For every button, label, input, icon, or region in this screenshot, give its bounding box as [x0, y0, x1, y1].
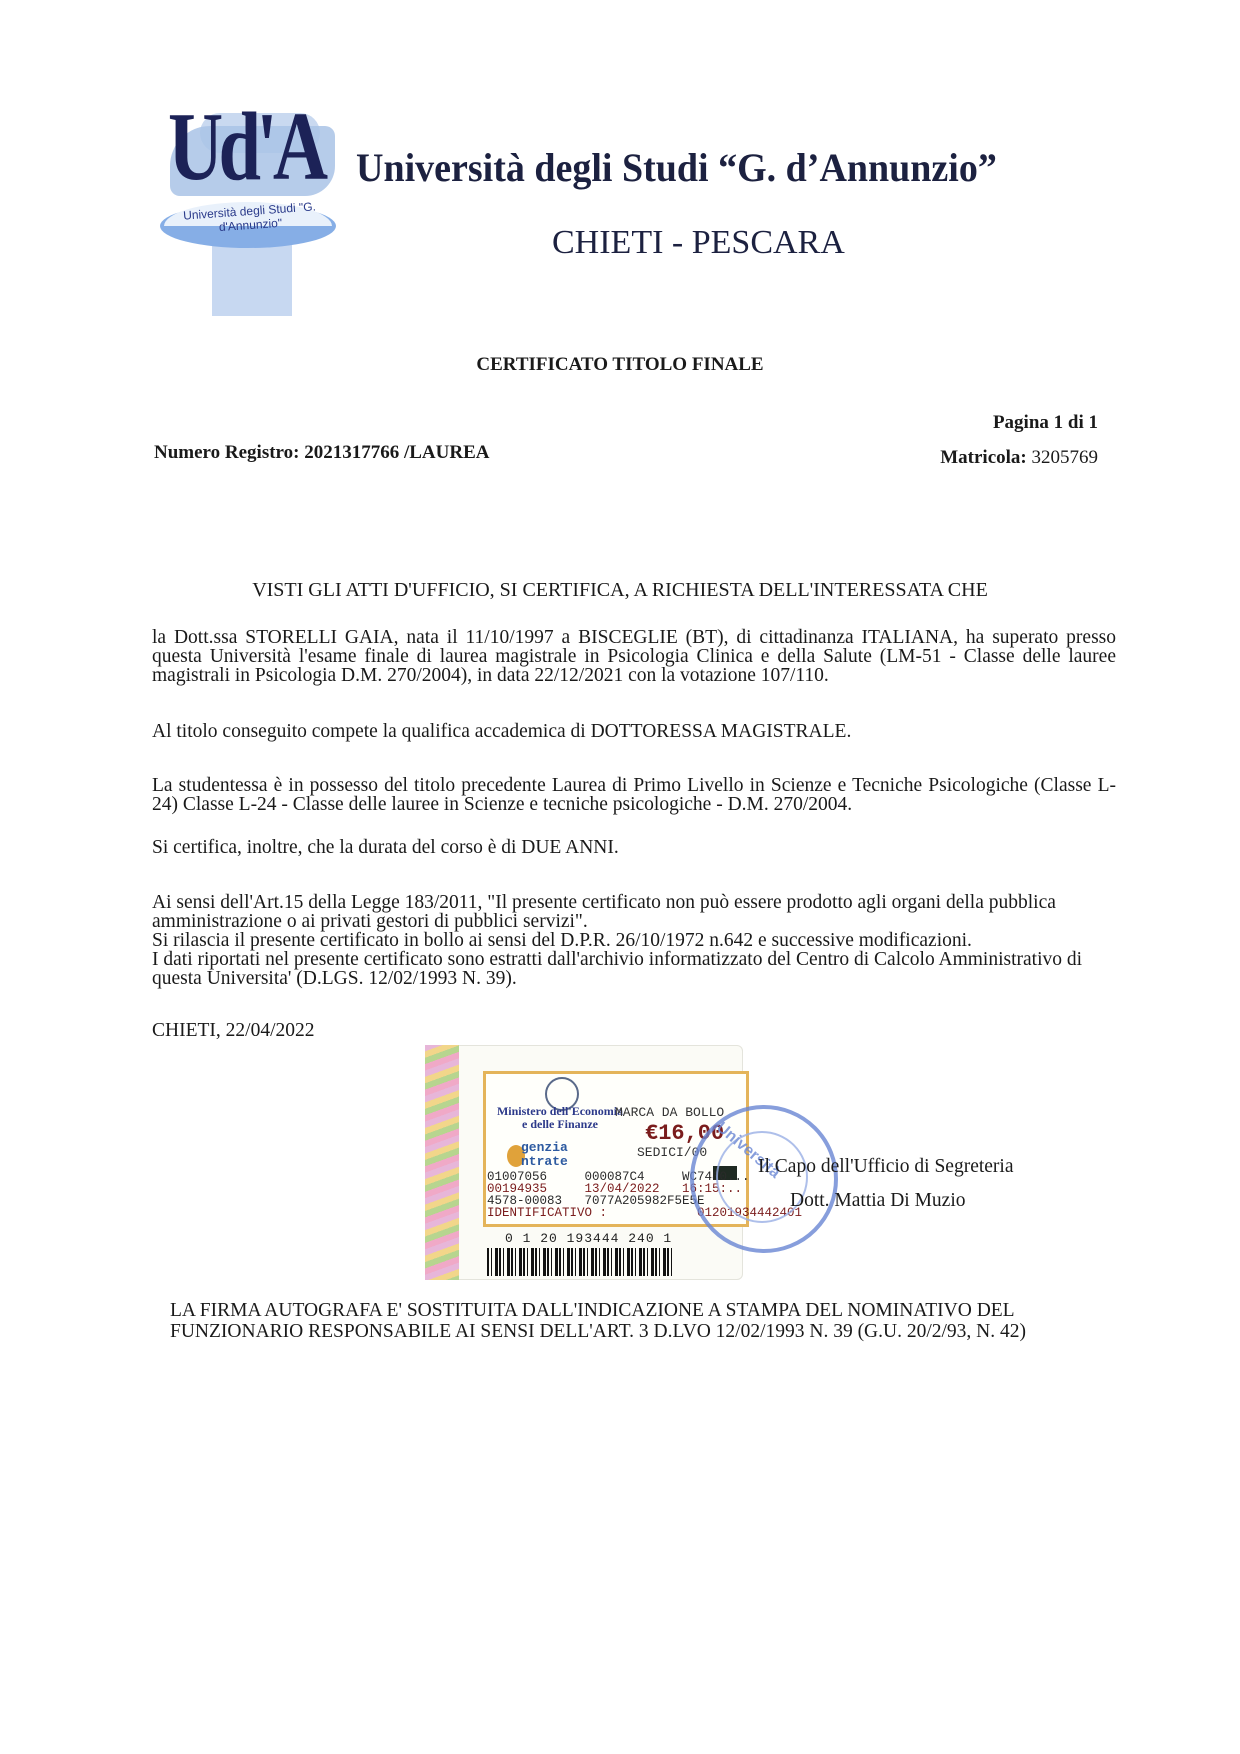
signatory-name: Dott. Mattia Di Muzio [790, 1190, 965, 1212]
student-id-label: Matricola: [940, 447, 1027, 468]
place-date: CHIETI, 22/04/2022 [152, 1020, 314, 1042]
paragraph-duration: Si certifica, inoltre, che la durata del… [152, 838, 1116, 857]
signatory-role: Il Capo dell'Ufficio di Segreteria [758, 1156, 1014, 1178]
stamp-barcode-number: 0 1 20 193444 240 1 [505, 1231, 672, 1246]
certificate-title: CERTIFICATO TITOLO FINALE [0, 354, 1240, 376]
stamp-ministry: Ministero dell'Economia e delle Finanze [495, 1105, 625, 1131]
paragraph-previous-degree: La studentessa è in possesso del titolo … [152, 776, 1116, 814]
page-indicator: Pagina 1 di 1 [993, 412, 1098, 434]
signature-footer-note: LA FIRMA AUTOGRAFA E' SOSTITUITA DALL'IN… [170, 1300, 1110, 1342]
paragraph-legal-notes: Ai sensi dell'Art.15 della Legge 183/201… [152, 893, 1116, 988]
registry-number: Numero Registro: 2021317766 /LAUREA [154, 442, 489, 464]
stamp-decorative-strip [425, 1045, 459, 1280]
logo-pillar [212, 244, 292, 316]
university-name: Università degli Studi “G. d’Annunzio” [356, 144, 997, 191]
certification-intro: VISTI GLI ATTI D'UFFICIO, SI CERTIFICA, … [0, 579, 1240, 602]
stamp-barcode [487, 1248, 673, 1276]
university-logo: Ud'A Università degli Studi "G. d'Annunz… [160, 108, 340, 308]
university-seal: Università [690, 1105, 838, 1253]
stamp-agency: genzia ntrate [521, 1141, 568, 1169]
student-id-value: 3205769 [1032, 447, 1099, 468]
paragraph-degree: la Dott.ssa STORELLI GAIA, nata il 11/10… [152, 628, 1116, 685]
student-id: Matricola: 3205769 [940, 447, 1098, 469]
paragraph-qualification: Al titolo conseguito compete la qualific… [152, 722, 1116, 741]
stamp-marca-label: MARCA DA BOLLO [615, 1105, 724, 1120]
logo-letters: Ud'A [168, 98, 323, 196]
university-city: CHIETI - PESCARA [552, 224, 845, 262]
